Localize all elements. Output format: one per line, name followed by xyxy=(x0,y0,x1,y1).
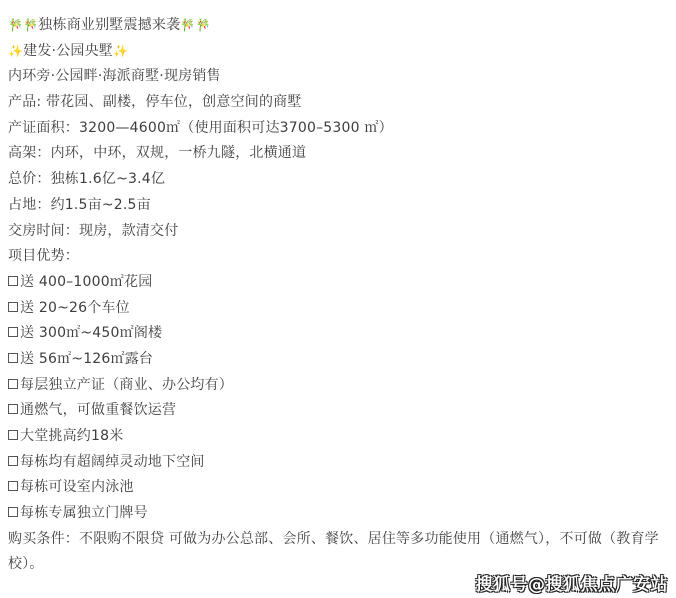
broom-icon: 🎋🎋 xyxy=(180,18,210,32)
checkbox-icon xyxy=(8,327,18,337)
advantage-item: 每栋均有超阔绰灵动地下空间 xyxy=(8,450,670,476)
checkbox-icon xyxy=(8,404,18,414)
article-body: 🎋🎋独栋商业别墅震撼来袭🎋🎋 ✨建发·公园央墅✨ 内环旁·公园畔·海派商墅·现房… xyxy=(8,13,670,578)
checkbox-icon xyxy=(8,430,18,440)
headline: 🎋🎋独栋商业别墅震撼来袭🎋🎋 xyxy=(8,13,670,39)
subheadline-text: 建发·公园央墅 xyxy=(23,43,113,59)
advantage-item: 送 400–1000㎡花园 xyxy=(8,270,670,296)
watermark: 搜狐号@搜狐焦点广安站 xyxy=(476,570,669,595)
info-delivery: 交房时间：现房，款清交付 xyxy=(8,219,670,245)
advantage-item: 每栋可设室内泳池 xyxy=(8,475,670,501)
info-area: 产证面积：3200—4600㎡（使用面积可达3700–5300 ㎡） xyxy=(8,116,670,142)
checkbox-icon xyxy=(8,456,18,466)
checkbox-icon xyxy=(8,481,18,491)
info-highway: 高架：内环，中环，双规，一桥九隧，北横通道 xyxy=(8,141,670,167)
subheadline: ✨建发·公园央墅✨ xyxy=(8,39,670,65)
advantage-item: 大堂挑高约18米 xyxy=(8,424,670,450)
checkbox-icon xyxy=(8,276,18,286)
checkbox-icon xyxy=(8,379,18,389)
info-land: 占地：约1.5亩~2.5亩 xyxy=(8,193,670,219)
broom-icon: 🎋🎋 xyxy=(8,18,38,32)
sparkle-icon: ✨ xyxy=(113,44,128,58)
checkbox-icon xyxy=(8,353,18,363)
info-product: 产品: 带花园、副楼，停车位，创意空间的商墅 xyxy=(8,90,670,116)
checkbox-icon xyxy=(8,302,18,312)
info-location: 内环旁·公园畔·海派商墅·现房销售 xyxy=(8,64,670,90)
info-price: 总价：独栋1.6亿~3.4亿 xyxy=(8,167,670,193)
headline-text: 独栋商业别墅震撼来袭 xyxy=(38,17,180,33)
advantages-heading: 项目优势： xyxy=(8,244,670,270)
sparkle-icon: ✨ xyxy=(8,44,23,58)
advantage-item: 通燃气，可做重餐饮运营 xyxy=(8,398,670,424)
advantage-item: 每栋专属独立门牌号 xyxy=(8,501,670,527)
advantage-item: 每层独立产证（商业、办公均有） xyxy=(8,373,670,399)
advantage-item: 送 56㎡~126㎡露台 xyxy=(8,347,670,373)
advantage-item: 送 20~26个车位 xyxy=(8,296,670,322)
checkbox-icon xyxy=(8,507,18,517)
advantage-item: 送 300㎡~450㎡阁楼 xyxy=(8,321,670,347)
